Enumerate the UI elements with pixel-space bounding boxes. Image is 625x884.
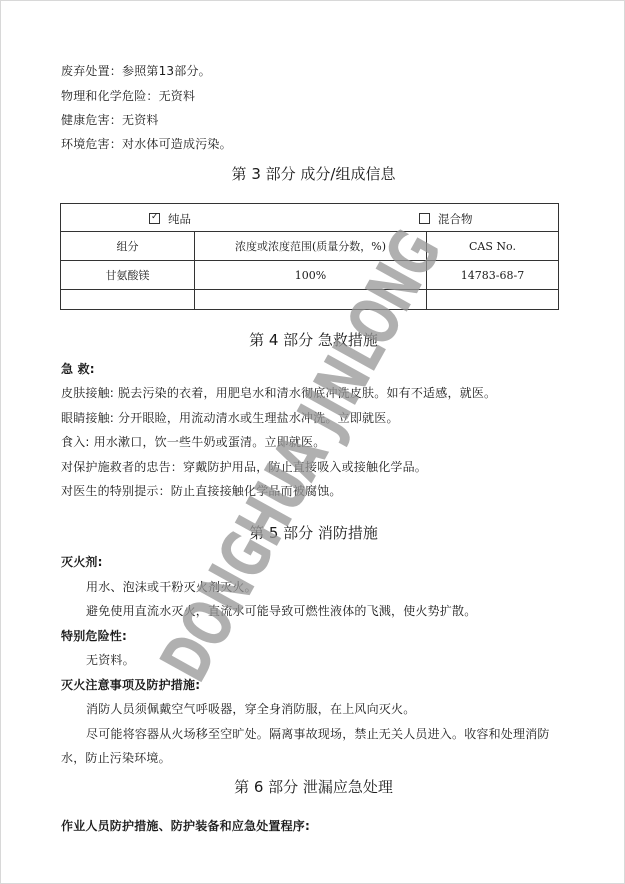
section5-title: 第 5 部分 消防措施	[1, 524, 625, 542]
mixture-label: 混合物	[438, 212, 473, 226]
table-row-empty	[61, 290, 559, 310]
extinguishing-line: 避免使用直流水灭火，直流水可能导致可燃性液体的飞溅，使火势扩散。	[86, 604, 476, 618]
cell-cas: 14783-68-7	[427, 261, 559, 290]
cell-empty	[427, 290, 559, 310]
cell-empty	[61, 290, 195, 310]
section3-title: 第 3 部分 成分/组成信息	[1, 165, 625, 183]
section6-subheading: 作业人员防护措施、防护装备和应急处置程序:	[61, 819, 310, 833]
health-hazard-line: 健康危害：无资料	[61, 113, 159, 127]
environment-hazard-line: 环境危害：对水体可造成污染。	[61, 137, 232, 151]
doctor-note-line: 对医生的特别提示：防止直接接触化学品而被腐蚀。	[61, 484, 342, 498]
disposal-line: 废弃处置：参照第13部分。	[61, 64, 211, 78]
cell-concentration: 100%	[195, 261, 427, 290]
precautions-line: 尽可能将容器从火场移至空旷处。隔离事故现场，禁止无关人员进入。收容和处理消防	[86, 727, 550, 741]
pure-label: 纯品	[168, 212, 191, 226]
first-aid-subheading: 急 救:	[61, 362, 95, 376]
eye-contact-line: 眼睛接触: 分开眼睑，用流动清水或生理盐水冲洗。立即就医。	[61, 411, 399, 425]
table-header-row: 组分 浓度或浓度范围(质量分数，%) CAS No.	[61, 232, 559, 261]
precautions-heading: 灭火注意事项及防护措施:	[61, 678, 200, 692]
header-component: 组分	[61, 232, 195, 261]
section6-title: 第 6 部分 泄漏应急处理	[1, 778, 625, 796]
cell-component: 甘氨酸镁	[61, 261, 195, 290]
header-concentration: 浓度或浓度范围(质量分数，%)	[195, 232, 427, 261]
type-row: 纯品 混合物	[61, 204, 559, 232]
hazard-line: 无资料。	[86, 653, 135, 667]
cell-empty	[195, 290, 427, 310]
skin-contact-line: 皮肤接触: 脱去污染的衣着，用肥皂水和清水彻底冲洗皮肤。如有不适感，就医。	[61, 386, 496, 400]
mixture-option: 混合物	[419, 211, 473, 227]
rescuer-advice-line: 对保护施救者的忠告：穿戴防护用品，防止直接吸入或接触化学品。	[61, 460, 427, 474]
extinguishing-line: 用水、泡沫或干粉灭火剂灭火。	[86, 580, 257, 594]
ingestion-line: 食入: 用水漱口，饮一些牛奶或蛋清。立即就医。	[61, 435, 325, 449]
hazard-heading: 特别危险性:	[61, 629, 127, 643]
precautions-line: 消防人员须佩戴空气呼吸器，穿全身消防服，在上风向灭火。	[86, 702, 415, 716]
type-cell: 纯品 混合物	[61, 204, 559, 232]
document-page: 废弃处置：参照第13部分。 物理和化学危险：无资料 健康危害：无资料 环境危害：…	[0, 0, 625, 884]
header-cas: CAS No.	[427, 232, 559, 261]
precautions-line: 水，防止污染环境。	[61, 751, 171, 765]
composition-table: 纯品 混合物 组分 浓度或浓度范围(质量分数，%) CAS No. 甘氨酸镁 1…	[60, 203, 559, 310]
checkbox-unchecked-icon	[419, 213, 430, 224]
pure-option: 纯品	[149, 211, 191, 227]
physical-hazard-line: 物理和化学危险：无资料	[61, 89, 195, 103]
table-row: 甘氨酸镁 100% 14783-68-7	[61, 261, 559, 290]
section4-title: 第 4 部分 急救措施	[1, 331, 625, 349]
checkbox-checked-icon	[149, 213, 160, 224]
extinguishing-heading: 灭火剂:	[61, 555, 103, 569]
